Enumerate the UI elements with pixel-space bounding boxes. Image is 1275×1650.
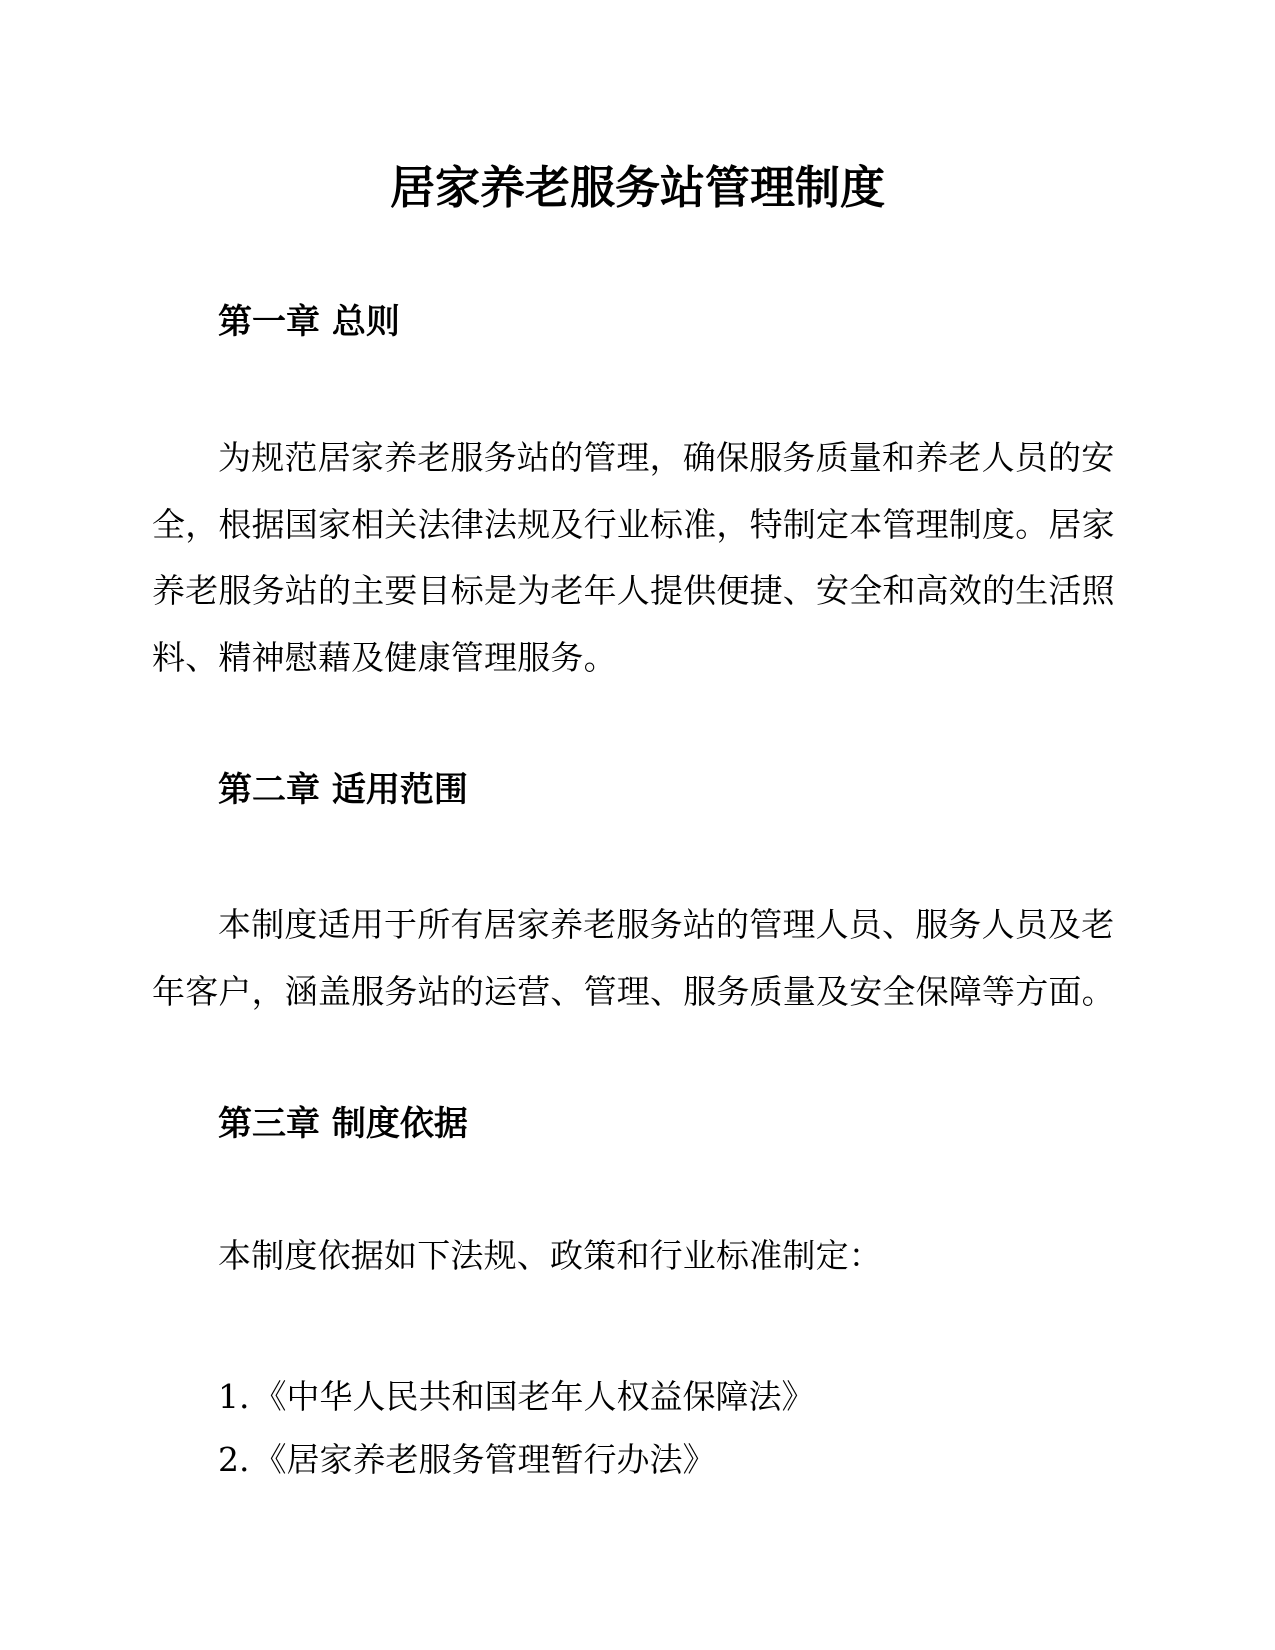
- chapter-3-heading: 第三章 制度依据: [218, 1102, 468, 1146]
- paragraph-line: 全，根据国家相关法律法规及行业标准，特制定本管理制度。居家: [152, 492, 1118, 559]
- list-item-text: 《居家养老服务管理暂行办法》: [254, 1440, 716, 1479]
- chapter-3-paragraph: 本制度依据如下法规、政策和行业标准制定：: [152, 1223, 1118, 1290]
- list-item: 1.《中华人民共和国老年人权益保障法》: [218, 1375, 815, 1419]
- chapter-1-heading: 第一章 总则: [218, 300, 400, 344]
- chapter-2-paragraph: 本制度适用于所有居家养老服务站的管理人员、服务人员及老 年客户，涵盖服务站的运营…: [152, 892, 1118, 1025]
- list-item-text: 《中华人民共和国老年人权益保障法》: [254, 1377, 815, 1416]
- paragraph-line: 年客户，涵盖服务站的运营、管理、服务质量及安全保障等方面。: [152, 959, 1118, 1026]
- paragraph-line: 为规范居家养老服务站的管理，确保服务质量和养老人员的安: [152, 425, 1118, 492]
- paragraph-line: 本制度适用于所有居家养老服务站的管理人员、服务人员及老: [152, 892, 1118, 959]
- document-page: 居家养老服务站管理制度 第一章 总则 为规范居家养老服务站的管理，确保服务质量和…: [0, 0, 1275, 1650]
- document-title: 居家养老服务站管理制度: [0, 160, 1275, 216]
- list-item-number: 2.: [218, 1438, 250, 1482]
- list-item-number: 1.: [218, 1375, 250, 1419]
- chapter-2-heading: 第二章 适用范围: [218, 768, 468, 812]
- paragraph-line: 养老服务站的主要目标是为老年人提供便捷、安全和高效的生活照: [152, 558, 1118, 625]
- list-item: 2.《居家养老服务管理暂行办法》: [218, 1438, 716, 1482]
- paragraph-line: 本制度依据如下法规、政策和行业标准制定：: [152, 1223, 1118, 1290]
- chapter-1-paragraph: 为规范居家养老服务站的管理，确保服务质量和养老人员的安 全，根据国家相关法律法规…: [152, 425, 1118, 692]
- paragraph-line: 料、精神慰藉及健康管理服务。: [152, 625, 1118, 692]
